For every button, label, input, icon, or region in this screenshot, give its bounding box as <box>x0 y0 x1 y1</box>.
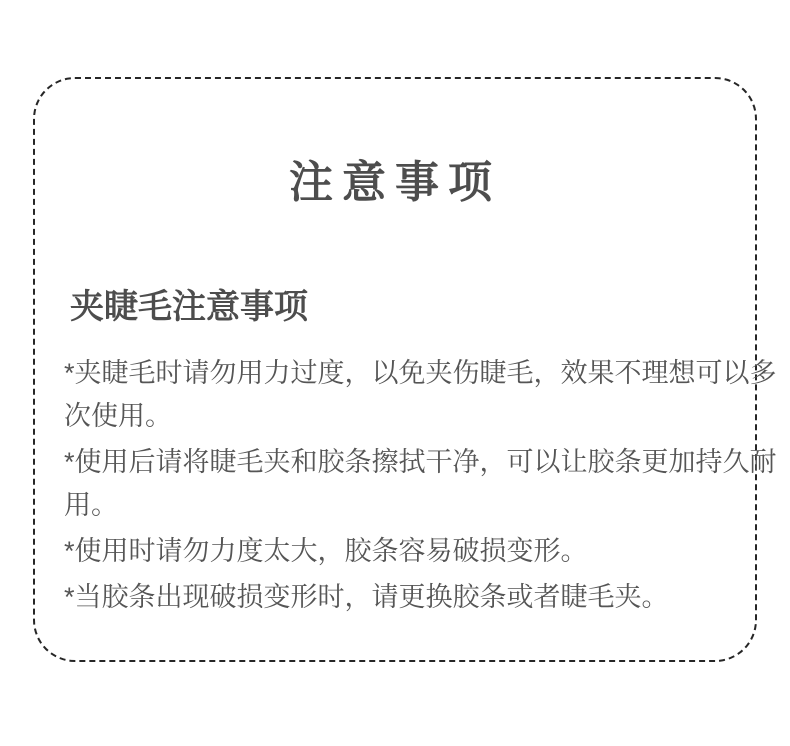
note-line: *夹睫毛时请勿用力过度，以免夹伤睫毛，效果不理想可以多 <box>64 352 725 395</box>
note-line: 用。 <box>64 484 725 527</box>
note-line: 次使用。 <box>64 395 725 438</box>
note-item: *当胶条出现破损变形时，请更换胶条或者睫毛夹。 <box>64 576 725 619</box>
note-line: *使用时请勿力度太大，胶条容易破损变形。 <box>64 530 725 573</box>
note-line: *当胶条出现破损变形时，请更换胶条或者睫毛夹。 <box>64 576 725 619</box>
section-heading: 夹睫毛注意事项 <box>70 290 755 324</box>
note-item: *使用时请勿力度太大，胶条容易破损变形。 <box>64 530 725 573</box>
note-line: *使用后请将睫毛夹和胶条擦拭干净，可以让胶条更加持久耐 <box>64 441 725 484</box>
notes-list: *夹睫毛时请勿用力过度，以免夹伤睫毛，效果不理想可以多 次使用。 *使用后请将睫… <box>64 352 725 619</box>
note-item: *夹睫毛时请勿用力过度，以免夹伤睫毛，效果不理想可以多 次使用。 <box>64 352 725 438</box>
page-title: 注意事项 <box>35 161 755 205</box>
precautions-card: 注意事项 夹睫毛注意事项 *夹睫毛时请勿用力过度，以免夹伤睫毛，效果不理想可以多… <box>33 77 757 662</box>
note-item: *使用后请将睫毛夹和胶条擦拭干净，可以让胶条更加持久耐 用。 <box>64 441 725 527</box>
